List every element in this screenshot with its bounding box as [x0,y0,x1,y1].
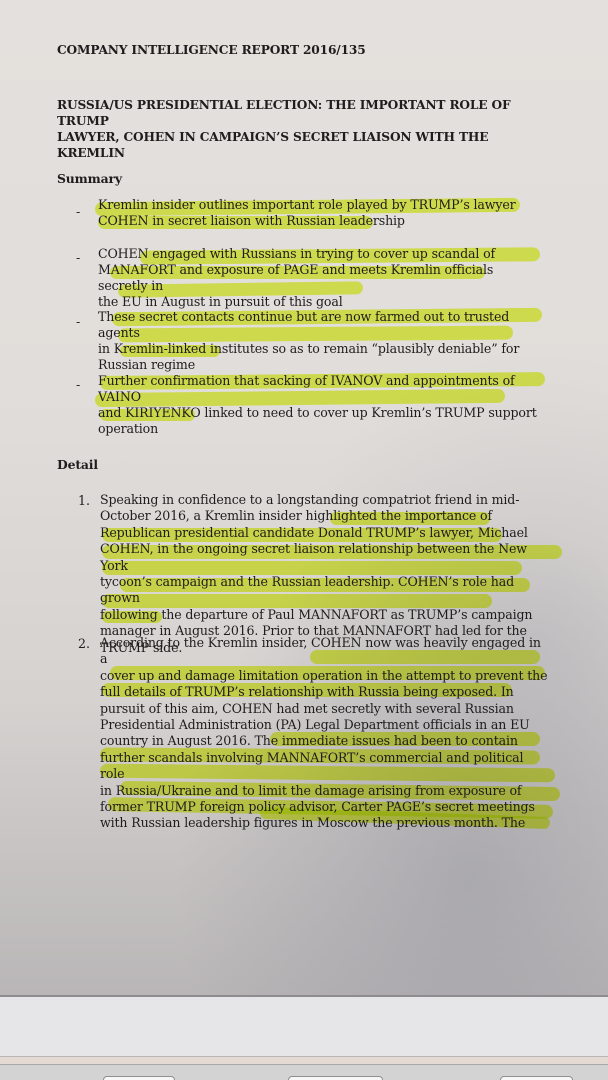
detail-heading: Detail [57,457,98,473]
bullet-marker: - [76,204,80,219]
text-line: in Russia/Ukraine and to limit the damag… [100,783,550,799]
text-line: in Kremlin-linked institutes so as to re… [98,341,538,357]
text-line: Republican presidential candidate Donald… [100,525,550,541]
report-id: COMPANY INTELLIGENCE REPORT 2016/135 [57,42,366,58]
text-line: country in August 2016. The immediate is… [100,733,550,749]
text-line: Speaking in confidence to a longstanding… [100,492,550,508]
text-line: COHEN in secret liaison with Russian lea… [98,213,538,229]
image-bottom-bar [0,995,608,1057]
text-line: COHEN engaged with Russians in trying to… [98,246,538,262]
title-line: LAWYER, COHEN IN CAMPAIGN’S SECRET LIAIS… [57,129,557,161]
text-line: MANAFORT and exposure of PAGE and meets … [98,262,538,294]
bullet-marker: - [76,314,80,329]
text-line: the EU in August in pursuit of this goal [98,294,538,310]
text-line: These secret contacts continue but are n… [98,309,538,341]
text-line: According to the Kremlin insider, COHEN … [100,635,550,668]
text-line: and KIRIYENKO linked to need to cover up… [98,405,538,421]
summary-heading: Summary [57,171,122,187]
toolbar-button-right[interactable] [500,1076,573,1080]
paragraph-number: 2. [78,636,90,651]
text-line: Presidential Administration (PA) Legal D… [100,717,550,733]
text-line: COHEN, in the ongoing secret liaison rel… [100,541,550,574]
paragraph-text: According to the Kremlin insider, COHEN … [100,635,550,832]
text-line: Further confirmation that sacking of IVA… [98,373,538,405]
title-line: RUSSIA/US PRESIDENTIAL ELECTION: THE IMP… [57,97,557,129]
toolbar-button-center[interactable] [288,1076,383,1080]
bullet-marker: - [76,250,80,265]
toolbar-button-left[interactable] [103,1076,175,1080]
text-line: following the departure of Paul MANNAFOR… [100,607,550,623]
report-title: RUSSIA/US PRESIDENTIAL ELECTION: THE IMP… [57,97,557,161]
text-line: October 2016, a Kremlin insider highligh… [100,508,550,524]
text-line: further scandals involving MANNAFORT’s c… [100,750,550,783]
bullet-text: Kremlin insider outlines important role … [98,197,538,229]
text-line: Kremlin insider outlines important role … [98,197,538,213]
text-line: pursuit of this aim, COHEN had met secre… [100,701,550,717]
text-line: tycoon’s campaign and the Russian leader… [100,574,550,607]
text-line: former TRUMP foreign policy advisor, Car… [100,799,550,815]
text-line: cover up and damage limitation operation… [100,668,550,684]
bullet-marker: - [76,377,80,392]
text-line: Russian regime [98,357,538,373]
bullet-text: These secret contacts continue but are n… [98,309,538,373]
paragraph-text: Speaking in confidence to a longstanding… [100,492,550,656]
bullet-text: COHEN engaged with Russians in trying to… [98,246,538,310]
text-line: with Russian leadership figures in Mosco… [100,815,550,831]
document-photo: COMPANY INTELLIGENCE REPORT 2016/135 RUS… [0,0,608,995]
bullet-text: Further confirmation that sacking of IVA… [98,373,538,437]
paragraph-number: 1. [78,493,90,508]
text-line: full details of TRUMP’s relationship wit… [100,684,550,700]
text-line: operation [98,421,538,437]
